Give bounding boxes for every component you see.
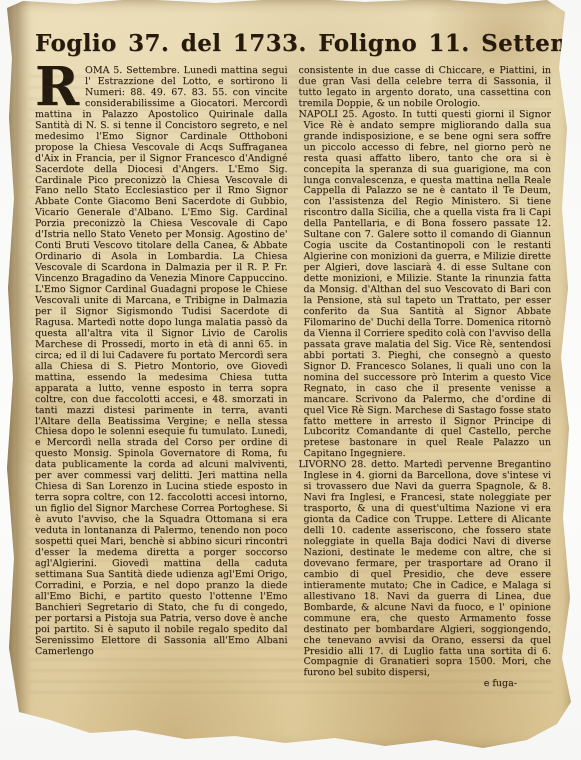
dropcap-letter: R — [35, 66, 85, 109]
scanner-background: Foglio 37. del 1733. Foligno 11. Settemb… — [0, 0, 581, 760]
left-column-paragraph: OMA 5. Settembre. Lunedì mattina segui l… — [35, 66, 288, 657]
two-column-body: R OMA 5. Settembre. Lunedì mattina segui… — [35, 66, 551, 718]
right-column-paragraph-napoli: NAPOLI 25. Agosto. In tutti questi giorn… — [299, 110, 552, 461]
catchword: e fuga- — [299, 679, 552, 690]
masthead-title: Foglio 37. del 1733. Foligno 11. Settemb… — [35, 30, 563, 57]
newspaper-page: Foglio 37. del 1733. Foligno 11. Settemb… — [5, 0, 571, 754]
right-column-paragraph-livorno: LIVORNO 28. detto. Martedì pervenne Breg… — [299, 460, 552, 679]
right-column-paragraph-continuation: consistente in due casse di Chiccare, e … — [299, 66, 552, 110]
right-column: consistente in due casse di Chiccare, e … — [299, 66, 552, 718]
left-column: R OMA 5. Settembre. Lunedì mattina segui… — [35, 66, 288, 718]
